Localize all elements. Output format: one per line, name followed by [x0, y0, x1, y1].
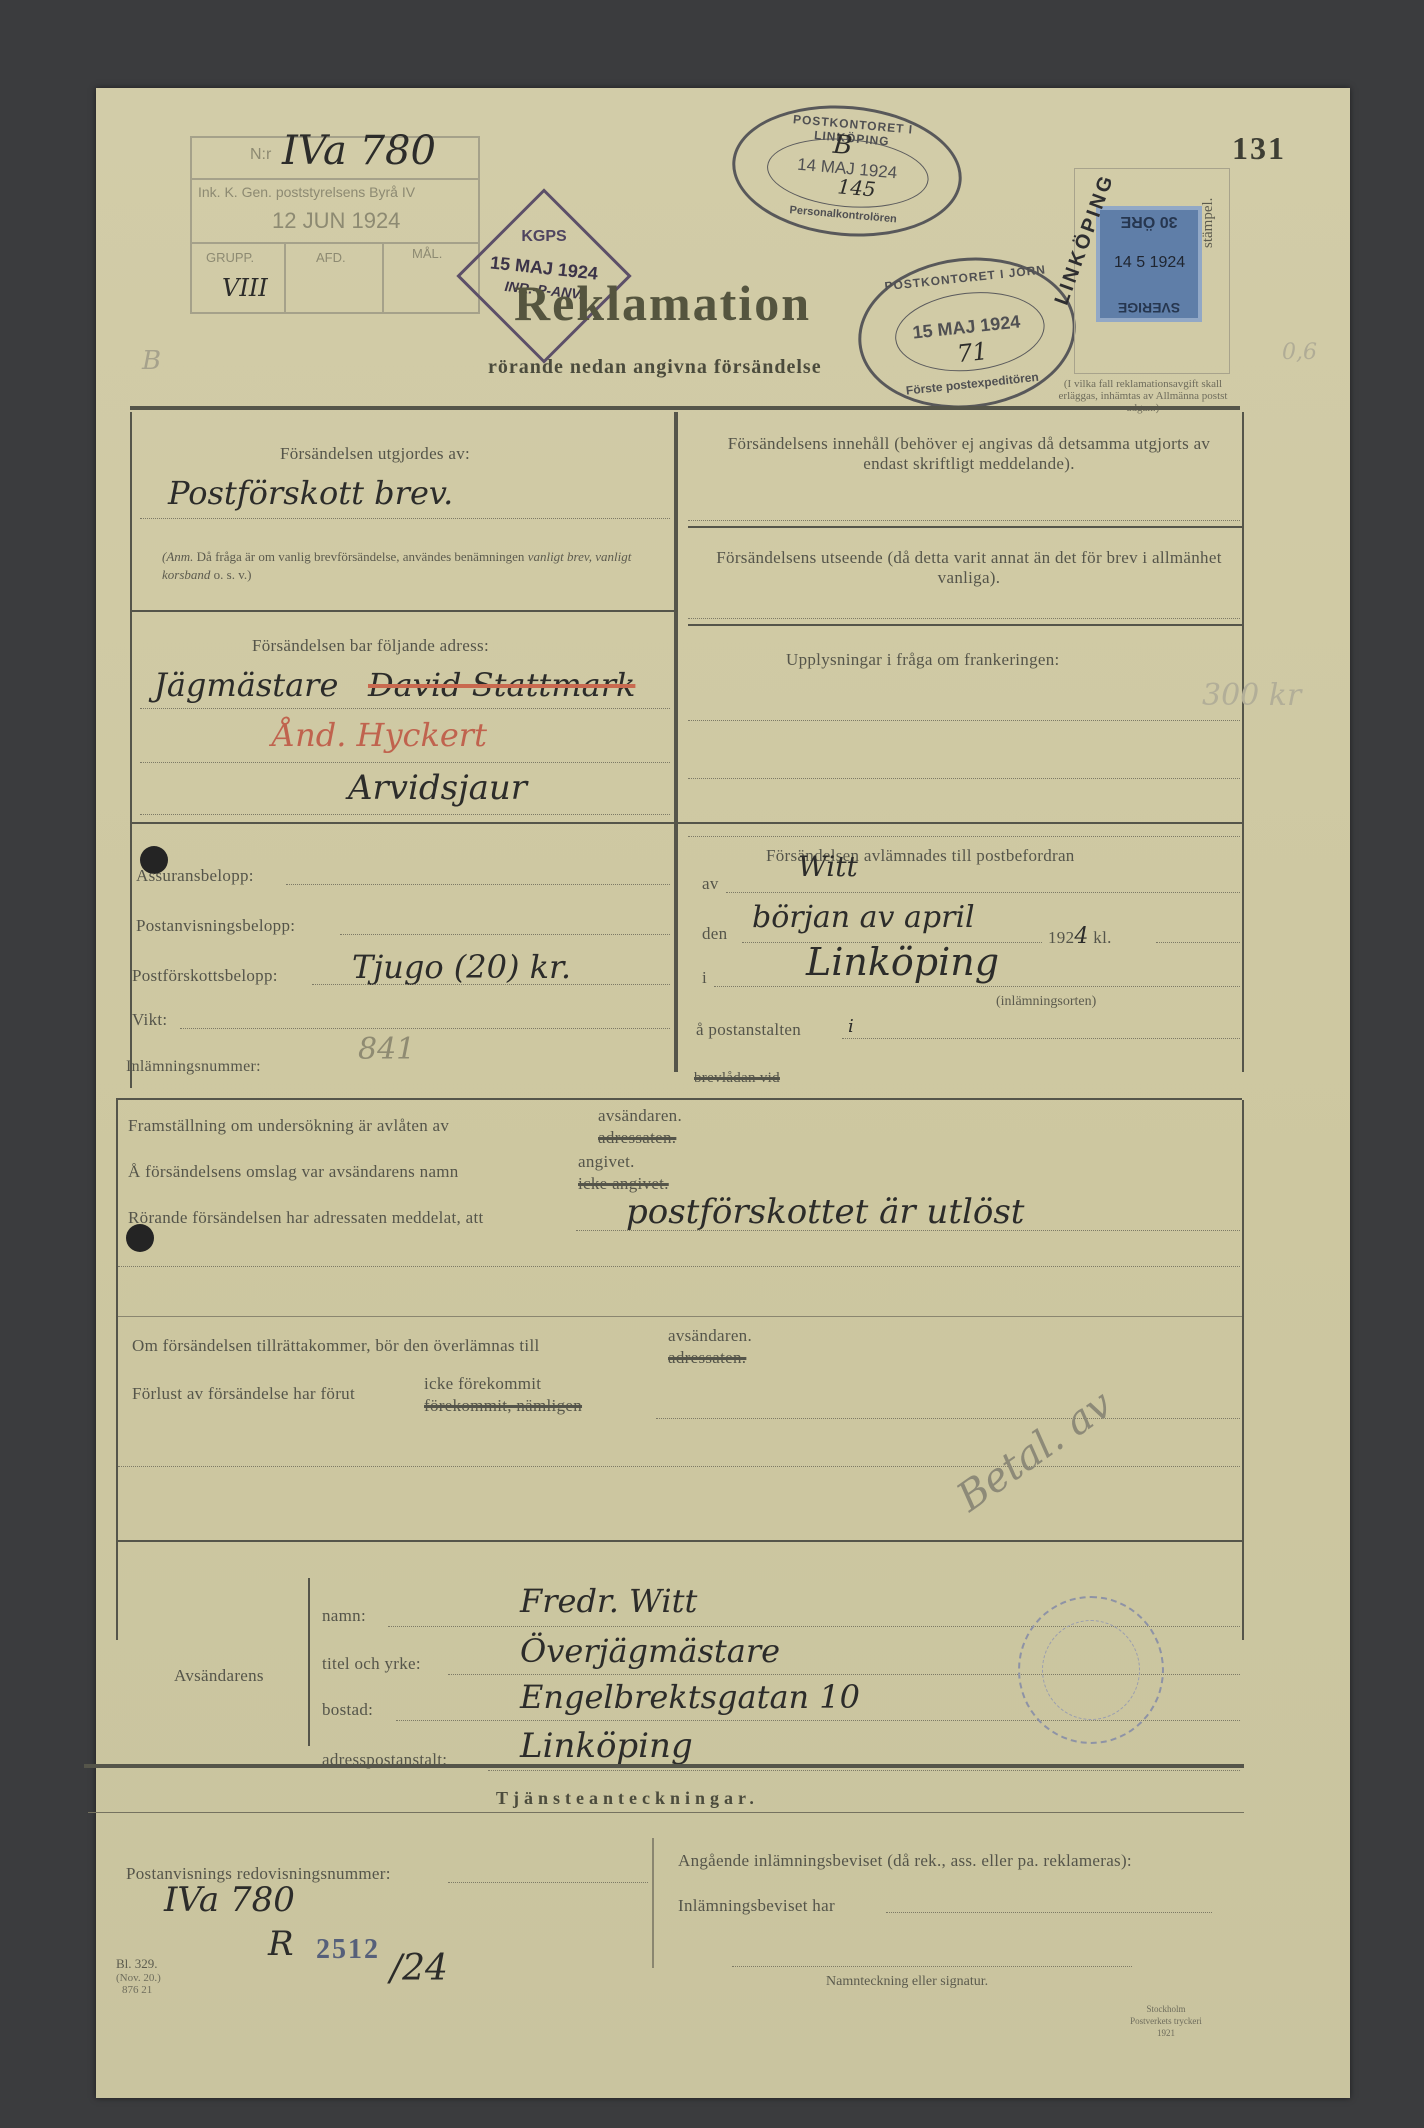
innehall-label: Försändelsens innehåll (behöver ej angiv…: [706, 434, 1232, 474]
overlamnas-label: Om försändelsen tillrättakommer, bör den…: [132, 1336, 539, 1356]
redovisning-field: [448, 1882, 648, 1883]
vikt-field: [180, 1028, 670, 1029]
registry-divider: [192, 242, 478, 244]
brevladan-label: brevlådan vid: [694, 1070, 780, 1087]
sender-section-label: Avsändarens: [174, 1666, 264, 1686]
utgjordes-note: (Anm. Då fråga är om vanlig brevförsände…: [162, 548, 666, 584]
redovisning-r: R: [268, 1924, 294, 1964]
vikt-label: Vikt:: [132, 1010, 167, 1030]
inlamningsbevis-field: [886, 1912, 1212, 1913]
registry-col-afd: AFD.: [316, 250, 346, 265]
rorande-value: postförskottet är utlöst: [626, 1192, 1024, 1232]
redovisning-hand: IVa 780: [164, 1880, 295, 1920]
registry-col-divider: [284, 242, 286, 314]
registry-col-mal: MÅL.: [412, 246, 442, 261]
grid-bottom-rule: [116, 1098, 1242, 1100]
registry-nr-label: N:r: [250, 146, 271, 164]
den-label: den: [702, 924, 727, 944]
framstallning-label: Framställning om undersökning är avlåten…: [128, 1116, 449, 1136]
service-divider: [652, 1838, 654, 1968]
pencil-annotation: Betal. av: [949, 1381, 1121, 1521]
forlust-label: Förlust av försändelse har förut: [132, 1384, 355, 1404]
registry-grupp-value: VIII: [222, 274, 268, 302]
registry-divider: [192, 178, 478, 180]
sender-bottom-rule: [84, 1764, 1244, 1768]
assurans-label: Assuransbelopp:: [136, 866, 254, 886]
forlust-line: [118, 1466, 1240, 1467]
rorande-line: [118, 1266, 1240, 1267]
postanstalten-value: i: [848, 1016, 854, 1037]
frankering-pencil-note: 300 kr: [1202, 678, 1301, 713]
utgjordes-label: Försändelsen utgjordes av:: [280, 444, 470, 464]
registry-inkommen: Ink. K. Gen. poststyrelsens Byrå IV: [198, 184, 415, 200]
form-edition: (Nov. 20.): [116, 1972, 161, 1984]
postage-stamp-country: SVERIGE: [1100, 300, 1198, 316]
adress-correction: Ånd. Hyckert: [272, 716, 487, 754]
lower-right-border: [1242, 1100, 1244, 1640]
page-subtitle: rörande nedan angivna försändelse: [488, 356, 822, 379]
pencil-mark-b: B: [142, 346, 161, 376]
frankering-label: Upplysningar i fråga om frankeringen:: [786, 650, 1060, 670]
kgps-label: KGPS: [454, 228, 634, 246]
utgjordes-value: Postförskott brev.: [168, 474, 453, 512]
signature-field: [732, 1966, 1132, 1967]
sender-adresspostanstalt-value: Linköping: [520, 1726, 693, 1766]
year-field: 1924 kl.: [1048, 924, 1112, 949]
year-suffix: 4: [1074, 924, 1088, 949]
jorn-postmark-top: POSTKONTORET I JÖRN: [865, 260, 1065, 295]
redovisning-stamp-number: 2512: [316, 1934, 380, 1966]
postforskott-value: Tjugo (20) kr.: [352, 948, 571, 986]
av-label: av: [702, 874, 719, 894]
center-divider: [674, 412, 678, 1072]
form-code: Bl. 329.: [116, 1956, 158, 1972]
postage-stamp: 30 ÖRE SVERIGE 14 5 1924: [1096, 206, 1202, 322]
adress-title: Jägmästare: [154, 666, 338, 704]
omslag-kept: angivet.: [578, 1152, 635, 1172]
adress-struck-name: David Stattmark: [368, 666, 635, 704]
postforskott-label: Postförskottsbelopp:: [132, 966, 278, 986]
jorn-postmark-number: 71: [956, 337, 989, 368]
punch-hole: [126, 1224, 154, 1252]
printer-year: 1921: [1106, 2028, 1226, 2038]
year-prefix: 192: [1048, 928, 1074, 947]
omslag-struck: icke angivet.: [578, 1174, 669, 1194]
page-number: 131: [1232, 130, 1286, 167]
postage-stamp-value: 30 ÖRE: [1100, 212, 1198, 230]
postage-cancel-date: 14 5 1924: [1114, 254, 1185, 272]
pencil-corner-mark: 0,6: [1282, 340, 1317, 365]
inlamningsbevis-har-label: Inlämningsbeviset har: [678, 1896, 835, 1916]
av-field: [726, 892, 1240, 893]
postanstalten-label: å postanstalten: [696, 1020, 801, 1040]
registry-col-divider: [382, 242, 384, 314]
sender-bracket: [308, 1578, 310, 1746]
note-text: Då fråga är om vanlig brevförsändelse, a…: [197, 549, 525, 564]
rorande-label: Rörande försändelsen har adressaten medd…: [128, 1208, 484, 1228]
faint-blue-postmark: [1018, 1596, 1164, 1744]
sender-titel-value: Överjägmästare: [520, 1632, 780, 1670]
omslag-label: Å försändelsens omslag var avsändarens n…: [128, 1162, 459, 1182]
inlamningsnummer-label: Inlämningsnummer:: [126, 1058, 261, 1076]
postanvisning-label: Postanvisningsbelopp:: [136, 916, 295, 936]
lower-left-border: [116, 1100, 118, 1640]
jorn-postmark-bottom: Förste postexpeditören: [866, 366, 1078, 402]
forlust-field: [656, 1418, 1240, 1419]
adress-city: Arvidsjaur: [348, 768, 527, 808]
left-border: [130, 412, 132, 1088]
note-suffix: o. s. v.): [214, 567, 252, 582]
adress-line: [140, 762, 670, 763]
printer-city: Stockholm: [1106, 2004, 1226, 2014]
overlamnas-struck: adressaten.: [668, 1348, 746, 1368]
i-caption: (inlämningsorten): [996, 994, 1096, 1010]
rorande-field: [576, 1230, 1240, 1231]
form-print-run: 876 21: [122, 1984, 152, 1996]
registry-box: N:r IVa 780 Ink. K. Gen. poststyrelsens …: [190, 136, 480, 314]
inlamningsbevis-label: Angående inlämningsbeviset (då rek., ass…: [678, 1852, 1212, 1870]
sender-bostad-label: bostad:: [322, 1700, 373, 1720]
adress-label: Försändelsen bar följande adress:: [252, 636, 489, 656]
page-title: Reklamation: [514, 274, 811, 332]
mid-section-rule: [132, 822, 1242, 824]
utseende-label: Försändelsens utseende (då detta varit a…: [706, 548, 1232, 588]
assurans-field: [286, 884, 670, 885]
i-field: [714, 986, 1240, 987]
linkoping-postmark-number: 145: [837, 174, 877, 201]
frankering-line: [688, 778, 1240, 779]
registry-date: 12 JUN 1924: [272, 208, 400, 234]
sender-adresspostanstalt-field: [488, 1770, 1240, 1771]
overlamnas-kept: avsändaren.: [668, 1326, 752, 1346]
forlust-struck: förekommit, nämligen: [424, 1396, 582, 1416]
utgjordes-line: [140, 518, 670, 519]
adress-line: [140, 814, 670, 815]
frankering-line: [688, 720, 1240, 721]
right-section-rule: [688, 624, 1242, 626]
right-border: [1242, 412, 1244, 1072]
framstallning-kept: avsändaren.: [598, 1106, 682, 1126]
document-page: 131 N:r IVa 780 Ink. K. Gen. poststyrels…: [96, 88, 1350, 2098]
registry-nr-value: IVa 780: [282, 128, 436, 174]
service-notes-heading: Tjänsteanteckningar.: [496, 1788, 759, 1809]
signature-label: Namnteckning eller signatur.: [826, 1974, 988, 1990]
linkoping-postmark: POSTKONTORET I LINKÖPING B 14 MAJ 1924 1…: [727, 96, 967, 246]
den-value: början av april: [752, 900, 975, 935]
i-value: Linköping: [806, 940, 999, 984]
postanstalten-field: [842, 1038, 1240, 1039]
forlust-kept: icke förekommit: [424, 1374, 541, 1394]
note-prefix: (Anm.: [162, 549, 193, 564]
stamp-box-label: stämpel.: [1200, 198, 1217, 248]
right-section-rule: [688, 526, 1242, 528]
adress-line: [140, 708, 670, 709]
service-rule: [88, 1812, 1244, 1813]
innehall-field: [688, 520, 1240, 521]
postmark-inner-ring: [1042, 1620, 1140, 1720]
utseende-field: [688, 618, 1240, 619]
frankering-line: [688, 836, 1240, 837]
postforskott-field: [312, 984, 670, 985]
i-label: i: [702, 968, 707, 988]
printer-name: Postverkets tryckeri: [1106, 2016, 1226, 2026]
registry-col-grupp: GRUPP.: [206, 250, 254, 265]
av-value: Witt: [798, 850, 858, 883]
postanvisning-field: [340, 934, 670, 935]
statements-bottom-rule: [118, 1540, 1242, 1542]
sender-titel-label: titel och yrke:: [322, 1654, 421, 1674]
redovisning-year: /24: [390, 1948, 448, 1989]
kl-label: kl.: [1093, 928, 1111, 947]
jorn-postmark: POSTKONTORET I JÖRN 15 MAJ 1924 71 Först…: [851, 247, 1083, 419]
linkoping-postmark-mark: B: [832, 130, 854, 162]
main-top-rule: [130, 406, 1240, 410]
sender-namn-label: namn:: [322, 1606, 366, 1626]
kl-field: [1156, 942, 1240, 943]
sender-bostad-value: Engelbrektsgatan 10: [520, 1678, 860, 1716]
inlamningsnummer-value: 841: [358, 1032, 415, 1067]
framstallning-struck: adressaten.: [598, 1128, 676, 1148]
sender-namn-value: Fredr. Witt: [520, 1582, 697, 1620]
left-section-rule: [132, 610, 674, 612]
statement-rule: [118, 1316, 1242, 1317]
